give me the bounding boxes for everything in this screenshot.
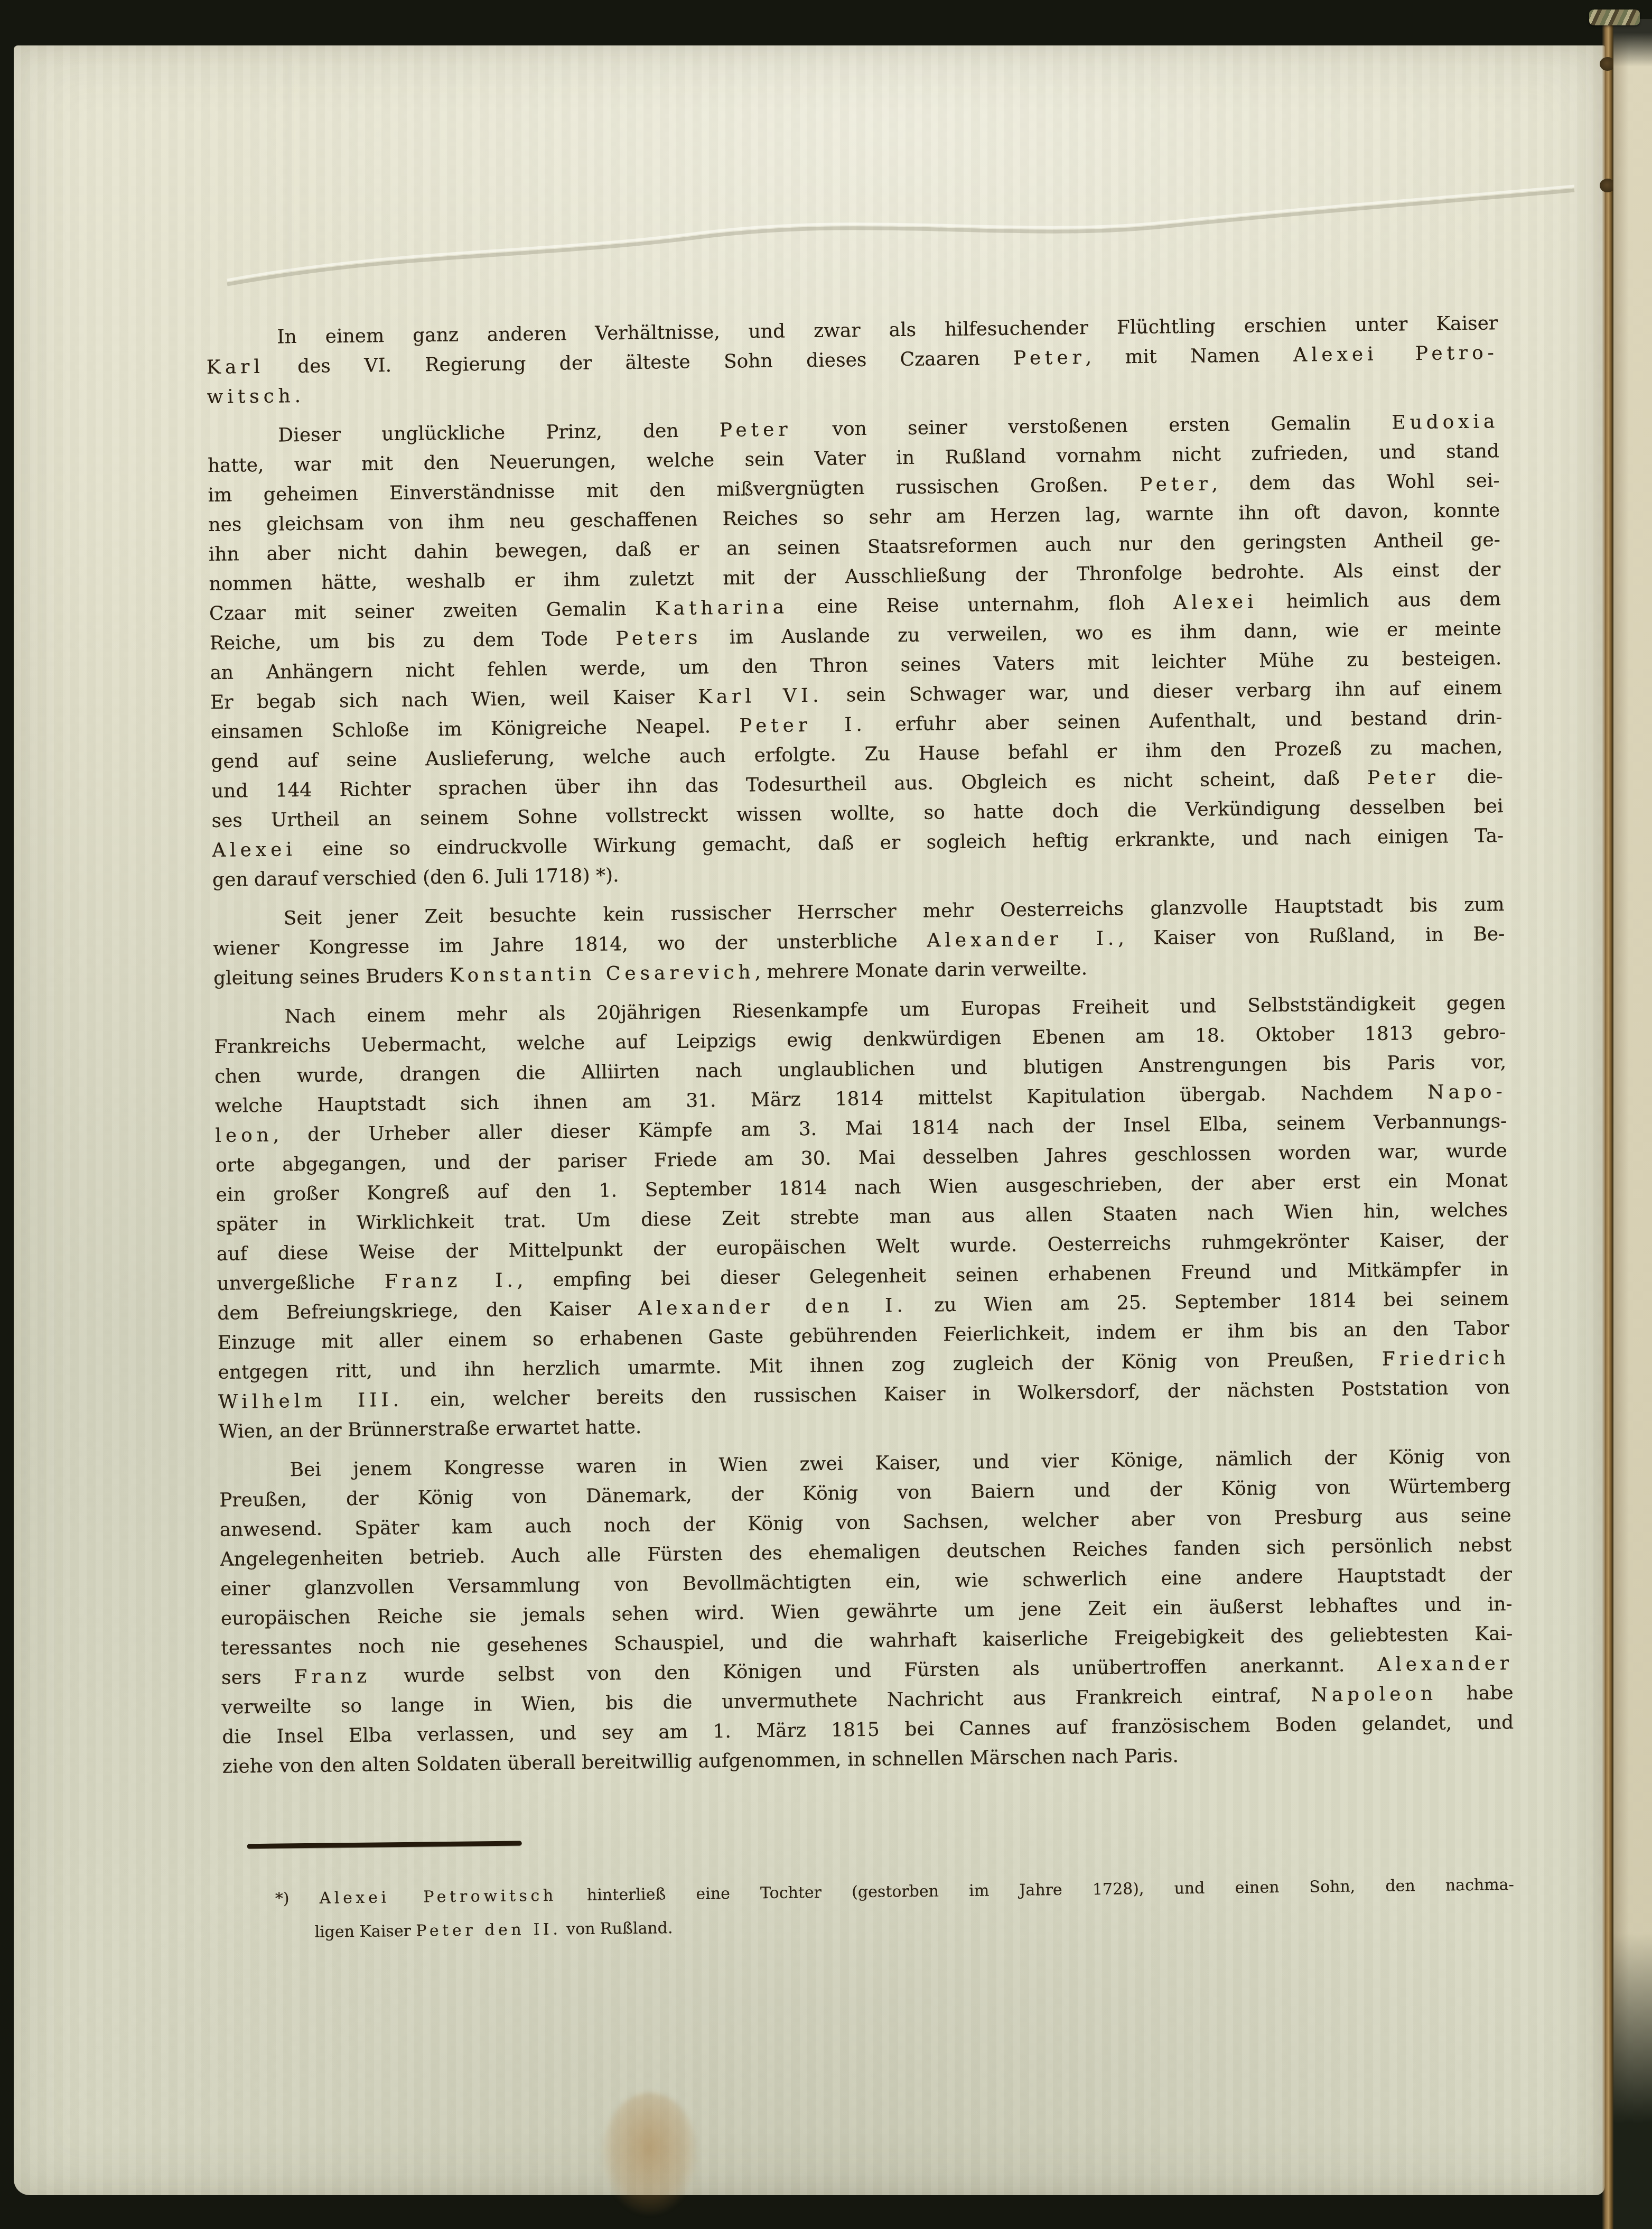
- letterspaced-name: Alexei Petro-: [1293, 342, 1498, 366]
- letterspaced-name: Franz: [294, 1666, 371, 1688]
- text-block: In einem ganz anderen Verhältnisse, und …: [206, 309, 1514, 1782]
- letterspaced-name: Katharina: [655, 597, 789, 620]
- paragraph: Seit jener Zeit besuchte kein russischer…: [212, 890, 1505, 993]
- letterspaced-name: Alexei: [212, 839, 296, 861]
- page-content: In einem ganz anderen Verhältnisse, und …: [206, 309, 1516, 1951]
- letterspaced-name: Eudoxia: [1392, 411, 1499, 433]
- letterspaced-name: Karl VI.: [698, 685, 823, 708]
- letterspaced-name: Peters: [615, 627, 702, 649]
- letterspaced-name: Peter: [1013, 347, 1086, 369]
- letterspaced-name: Konstantin Cesarevich: [450, 961, 755, 987]
- letterspaced-name: Peter: [1140, 473, 1212, 496]
- letterspaced-name: witsch: [207, 385, 295, 408]
- letterspaced-name: Napoleon: [1311, 1683, 1437, 1706]
- letterspaced-name: Franz I.: [385, 1269, 517, 1293]
- headband: [1589, 10, 1640, 25]
- paragraph: In einem ganz anderen Verhältnisse, und …: [206, 309, 1499, 412]
- letterspaced-name: Wilhelm III.: [218, 1389, 403, 1413]
- footnote: *) Alexei Petrowitsch hinterließ eine To…: [275, 1868, 1514, 1950]
- letterspaced-name: Peter I.: [739, 714, 866, 737]
- book-scan: In einem ganz anderen Verhältnisse, und …: [0, 0, 1652, 2229]
- page-fore-edge: [1602, 15, 1614, 2229]
- letterspaced-name: Karl: [207, 356, 264, 378]
- letterspaced-name: leon: [215, 1125, 273, 1147]
- letterspaced-name: Alexander den I.: [638, 1295, 907, 1320]
- letterspaced-name: Napo-: [1427, 1081, 1507, 1103]
- letterspaced-name: Friedrich: [1382, 1347, 1510, 1370]
- paragraph: Bei jenem Kongresse waren in Wien zwei K…: [219, 1442, 1514, 1782]
- letterspaced-name: Alexander I.: [927, 927, 1118, 951]
- letterspaced-name: Peter den II.: [416, 1920, 562, 1940]
- next-page-edge: [1613, 19, 1652, 2229]
- paragraph: Dieser unglückliche Prinz, den Peter von…: [207, 407, 1504, 895]
- letterspaced-name: Alexander: [1377, 1652, 1513, 1676]
- letterspaced-name: Alexei: [1173, 591, 1258, 614]
- letterspaced-name: Peter: [1367, 767, 1440, 790]
- paper-stain: [602, 2093, 697, 2214]
- footnote-rule: [247, 1841, 522, 1849]
- paragraph: Nach einem mehr als 20jährigen Riesenkam…: [214, 988, 1510, 1447]
- letterspaced-name: Peter: [720, 419, 792, 441]
- letterspaced-name: Alexei Petrowitsch: [319, 1887, 557, 1908]
